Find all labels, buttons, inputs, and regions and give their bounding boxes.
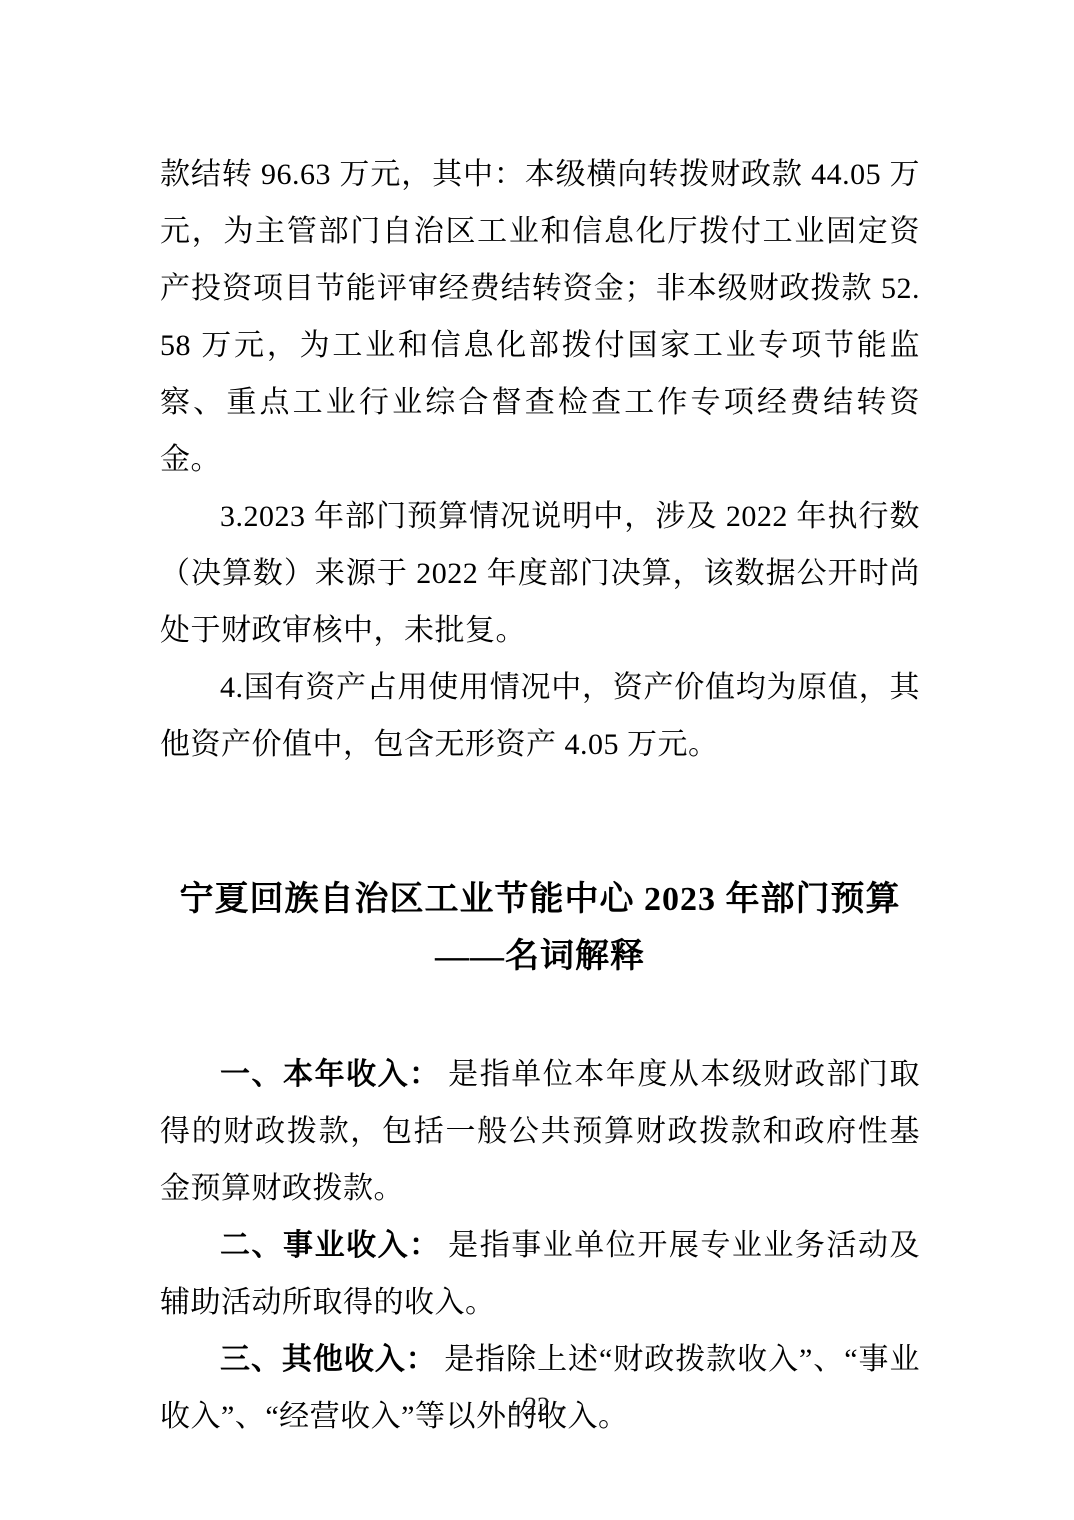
note-paragraph-3: 3.2023 年部门预算情况说明中，涉及 2022 年执行数（决算数）来源于 2… (160, 488, 920, 659)
definition-1-term: 一、本年收入： (220, 1058, 441, 1091)
document-page: 款结转 96.63 万元，其中：本级横向转拨财政款 44.05 万元，为主管部门… (0, 0, 1074, 1520)
note-paragraph-3-text: 3.2023 年部门预算情况说明中，涉及 2022 年执行数（决算数）来源于 2… (160, 500, 920, 647)
note-paragraph-4-text: 4.国有资产占用使用情况中，资产价值均为原值，其他资产价值中，包含无形资产 4.… (160, 671, 920, 761)
definition-paragraph-3: 三、其他收入：是指除上述“财政拨款收入”、“事业收入”、“经营收入”等以外的收入… (160, 1331, 920, 1445)
page-content: 款结转 96.63 万元，其中：本级横向转拨财政款 44.05 万元，为主管部门… (160, 146, 920, 1445)
section-title-line1: 宁夏回族自治区工业节能中心 2023 年部门预算 (160, 871, 920, 928)
definition-paragraph-1: 一、本年收入：是指单位本年度从本级财政部门取得的财政拨款，包括一般公共预算财政拨… (160, 1046, 920, 1217)
continuation-paragraph-text: 款结转 96.63 万元，其中：本级横向转拨财政款 44.05 万元，为主管部门… (160, 158, 920, 476)
definition-3-term: 三、其他收入： (220, 1343, 437, 1376)
section-title-line2: ——名词解释 (160, 928, 920, 985)
page-number: - 22 - (0, 1390, 1074, 1424)
section-title: 宁夏回族自治区工业节能中心 2023 年部门预算 ——名词解释 (160, 871, 920, 985)
definition-paragraph-2: 二、事业收入：是指事业单位开展专业业务活动及辅助活动所取得的收入。 (160, 1217, 920, 1331)
continuation-paragraph: 款结转 96.63 万元，其中：本级横向转拨财政款 44.05 万元，为主管部门… (160, 146, 920, 488)
note-paragraph-4: 4.国有资产占用使用情况中，资产价值均为原值，其他资产价值中，包含无形资产 4.… (160, 659, 920, 773)
definition-2-term: 二、事业收入： (220, 1229, 441, 1262)
page-number-text: - 22 - (509, 1392, 565, 1421)
